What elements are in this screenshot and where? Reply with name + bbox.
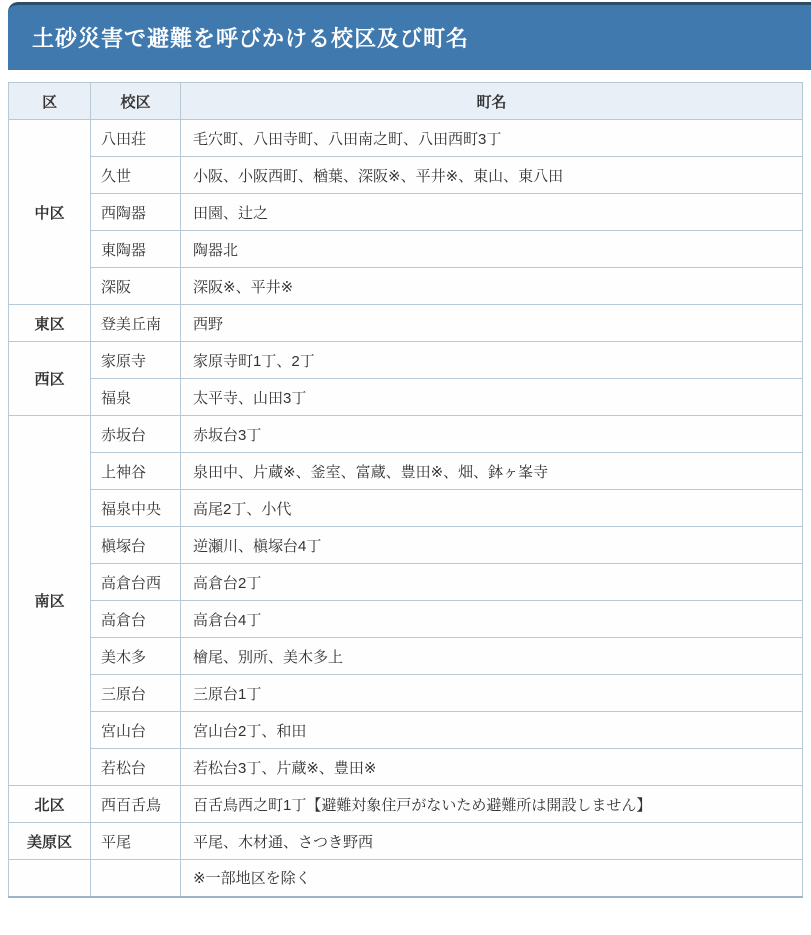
- school-zone-cell: 東陶器: [91, 231, 181, 268]
- table-row: 中区八田荘毛穴町、八田寺町、八田南之町、八田西町3丁: [9, 120, 803, 157]
- table-row: 宮山台宮山台2丁、和田: [9, 712, 803, 749]
- table-row: 高倉台高倉台4丁: [9, 601, 803, 638]
- town-names-cell: 家原寺町1丁、2丁: [181, 342, 803, 379]
- school-zone-cell: 美木多: [91, 638, 181, 675]
- town-names-cell: 宮山台2丁、和田: [181, 712, 803, 749]
- zone-table-body: 中区八田荘毛穴町、八田寺町、八田南之町、八田西町3丁久世小阪、小阪西町、楢葉、深…: [9, 120, 803, 897]
- table-row: 福泉中央高尾2丁、小代: [9, 490, 803, 527]
- table-row: 美木多檜尾、別所、美木多上: [9, 638, 803, 675]
- table-row: 福泉太平寺、山田3丁: [9, 379, 803, 416]
- school-zone-cell: 平尾: [91, 823, 181, 860]
- town-names-cell: 若松台3丁、片蔵※、豊田※: [181, 749, 803, 786]
- town-names-cell: 泉田中、片蔵※、釜室、富蔵、豊田※、畑、鉢ヶ峯寺: [181, 453, 803, 490]
- table-row: 美原区平尾平尾、木材通、さつき野西: [9, 823, 803, 860]
- column-header-school-zone: 校区: [91, 83, 181, 120]
- town-names-cell: 逆瀬川、槇塚台4丁: [181, 527, 803, 564]
- school-zone-cell: 八田荘: [91, 120, 181, 157]
- table-row: 若松台若松台3丁、片蔵※、豊田※: [9, 749, 803, 786]
- town-names-cell: 太平寺、山田3丁: [181, 379, 803, 416]
- town-names-cell: 平尾、木材通、さつき野西: [181, 823, 803, 860]
- table-row: 上神谷泉田中、片蔵※、釜室、富蔵、豊田※、畑、鉢ヶ峯寺: [9, 453, 803, 490]
- table-row: 北区西百舌鳥百舌鳥西之町1丁【避難対象住戸がないため避難所は開設しません】: [9, 786, 803, 823]
- school-zone-cell: 宮山台: [91, 712, 181, 749]
- school-zone-cell: 上神谷: [91, 453, 181, 490]
- table-row: 三原台三原台1丁: [9, 675, 803, 712]
- table-row: 槇塚台逆瀬川、槇塚台4丁: [9, 527, 803, 564]
- school-zone-cell: 三原台: [91, 675, 181, 712]
- school-zone-cell: 家原寺: [91, 342, 181, 379]
- table-row: 高倉台西高倉台2丁: [9, 564, 803, 601]
- town-names-cell: 高倉台4丁: [181, 601, 803, 638]
- table-row: 南区赤坂台赤坂台3丁: [9, 416, 803, 453]
- ward-cell: [9, 860, 91, 897]
- school-zone-cell: 福泉: [91, 379, 181, 416]
- town-names-cell: 赤坂台3丁: [181, 416, 803, 453]
- column-header-ward: 区: [9, 83, 91, 120]
- school-zone-cell: 赤坂台: [91, 416, 181, 453]
- school-zone-cell: [91, 860, 181, 897]
- table-row: 西陶器田園、辻之: [9, 194, 803, 231]
- town-names-cell: 檜尾、別所、美木多上: [181, 638, 803, 675]
- page-title-banner: 土砂災害で避難を呼びかける校区及び町名: [8, 2, 811, 70]
- ward-cell: 北区: [9, 786, 91, 823]
- school-zone-cell: 深阪: [91, 268, 181, 305]
- school-zone-cell: 福泉中央: [91, 490, 181, 527]
- school-zone-cell: 若松台: [91, 749, 181, 786]
- town-names-cell: ※一部地区を除く: [181, 860, 803, 897]
- town-names-cell: 小阪、小阪西町、楢葉、深阪※、平井※、東山、東八田: [181, 157, 803, 194]
- school-zone-cell: 西陶器: [91, 194, 181, 231]
- ward-cell: 西区: [9, 342, 91, 416]
- ward-cell: 中区: [9, 120, 91, 305]
- school-zone-cell: 高倉台西: [91, 564, 181, 601]
- table-row: 深阪深阪※、平井※: [9, 268, 803, 305]
- table-row: 東区登美丘南西野: [9, 305, 803, 342]
- town-names-cell: 高倉台2丁: [181, 564, 803, 601]
- table-header-row: 区 校区 町名: [9, 83, 803, 120]
- school-zone-cell: 槇塚台: [91, 527, 181, 564]
- ward-cell: 東区: [9, 305, 91, 342]
- column-header-town-names: 町名: [181, 83, 803, 120]
- town-names-cell: 毛穴町、八田寺町、八田南之町、八田西町3丁: [181, 120, 803, 157]
- ward-cell: 南区: [9, 416, 91, 786]
- town-names-cell: 田園、辻之: [181, 194, 803, 231]
- table-row: ※一部地区を除く: [9, 860, 803, 897]
- town-names-cell: 高尾2丁、小代: [181, 490, 803, 527]
- evacuation-zone-table: 区 校区 町名 中区八田荘毛穴町、八田寺町、八田南之町、八田西町3丁久世小阪、小…: [8, 82, 803, 898]
- town-names-cell: 深阪※、平井※: [181, 268, 803, 305]
- table-row: 東陶器陶器北: [9, 231, 803, 268]
- school-zone-cell: 登美丘南: [91, 305, 181, 342]
- school-zone-cell: 久世: [91, 157, 181, 194]
- town-names-cell: 三原台1丁: [181, 675, 803, 712]
- school-zone-cell: 西百舌鳥: [91, 786, 181, 823]
- table-row: 久世小阪、小阪西町、楢葉、深阪※、平井※、東山、東八田: [9, 157, 803, 194]
- town-names-cell: 百舌鳥西之町1丁【避難対象住戸がないため避難所は開設しません】: [181, 786, 803, 823]
- town-names-cell: 西野: [181, 305, 803, 342]
- town-names-cell: 陶器北: [181, 231, 803, 268]
- table-row: 西区家原寺家原寺町1丁、2丁: [9, 342, 803, 379]
- ward-cell: 美原区: [9, 823, 91, 860]
- page-title: 土砂災害で避難を呼びかける校区及び町名: [32, 22, 469, 53]
- school-zone-cell: 高倉台: [91, 601, 181, 638]
